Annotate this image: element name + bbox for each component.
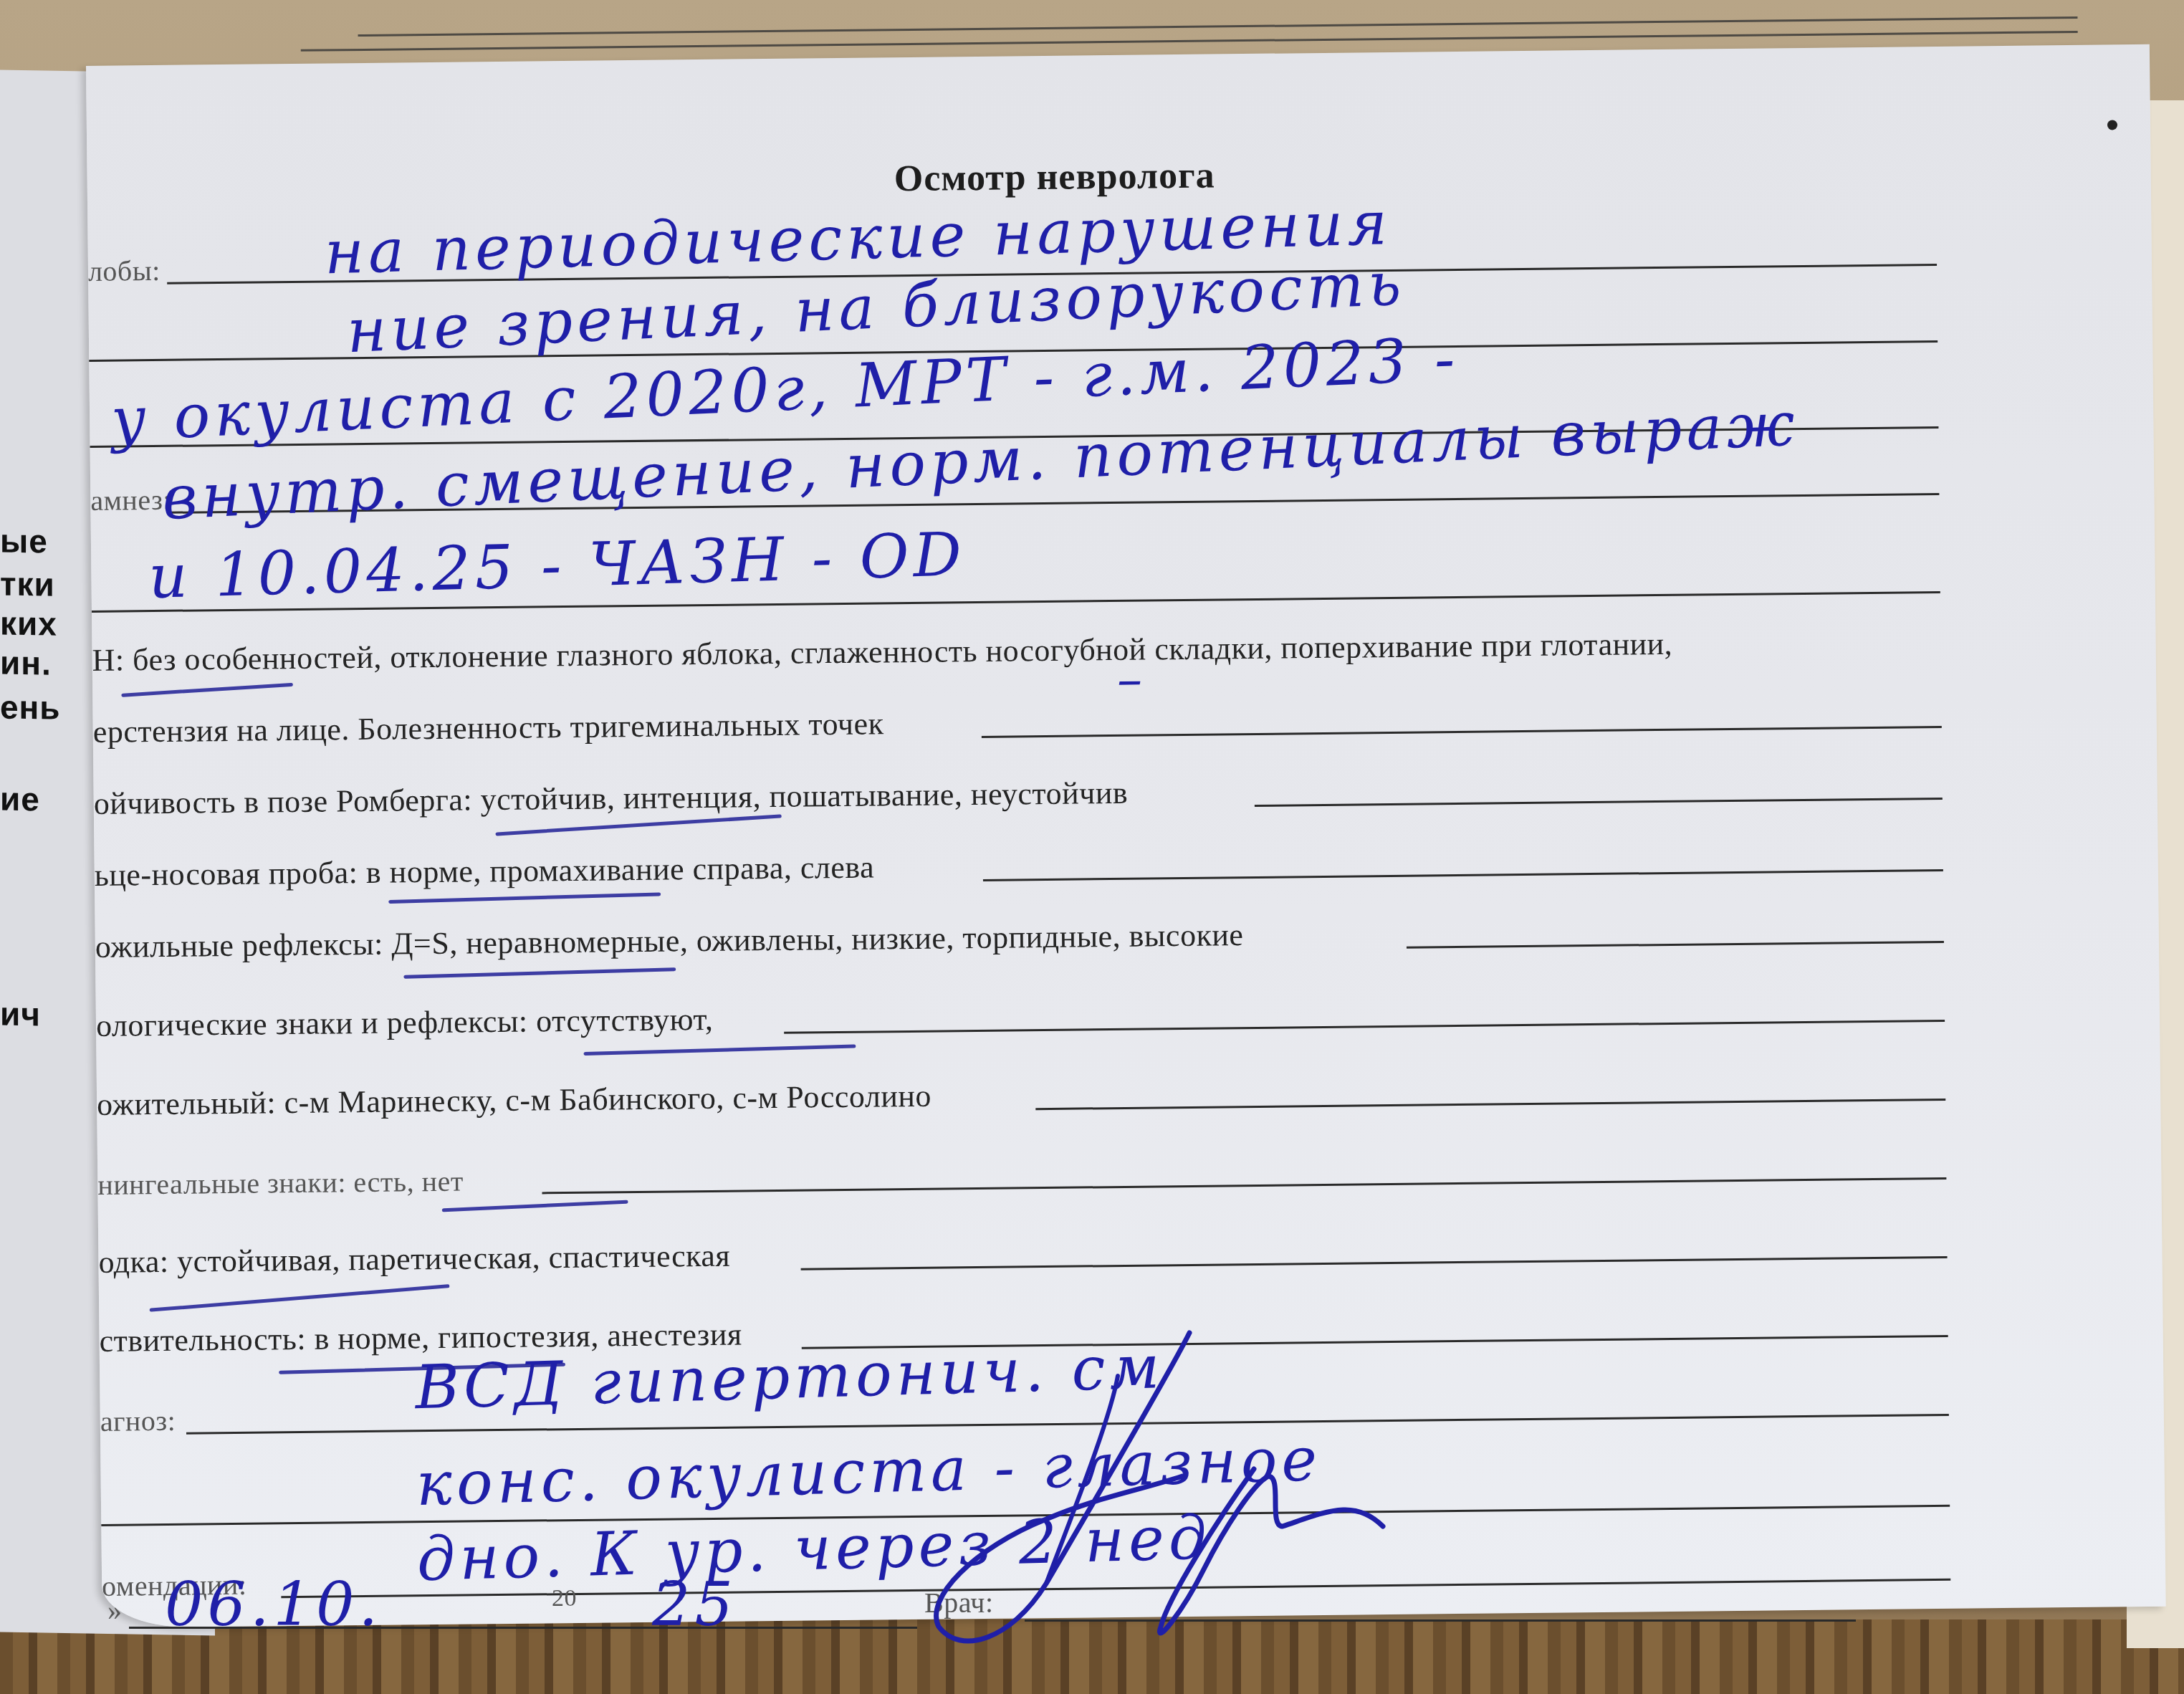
year-prefix: 20 [552, 1585, 577, 1612]
selection-underline [583, 1045, 856, 1056]
date-quote: » [107, 1593, 123, 1627]
doctor-signature [881, 1311, 1526, 1684]
meningeal-signs-fill-line [542, 1177, 1946, 1195]
trigeminal-handwriting: – [1117, 650, 1147, 709]
underlying-text-fragment: ич [0, 994, 41, 1033]
positive-signs-row: ожительный: с-м Маринеску, с-м Бабинског… [97, 1051, 2161, 1130]
romberg-text: ойчивость в позе Ромберга: устойчив, инт… [94, 775, 1129, 822]
gait-row: одка: устойчивая, паретическая, спастиче… [98, 1209, 2163, 1288]
finger-nose-text: ьце-носовая проба: в норме, промахивание… [95, 849, 875, 894]
underlying-text-fragment: ин. [0, 643, 52, 682]
anamnesis-handwriting-line3: и 10.04.25 - ЧАЗН - OD [148, 519, 967, 612]
diagnosis-label: агноз: [100, 1404, 176, 1438]
tendon-reflexes-fill-line [1407, 941, 1944, 949]
tendon-reflexes-row: ожильные рефлексы: Д=S, неравномерные, о… [95, 894, 2159, 972]
underlying-text-fragment: тки [0, 564, 55, 603]
trigeminal-text: ерстензия на лице. Болезненность тригеми… [92, 705, 883, 750]
meningeal-signs-row: нингеальные знаки: есть, нет [97, 1130, 2162, 1209]
positive-signs-fill-line [1035, 1099, 1945, 1110]
underlying-text-fragment: ые [0, 521, 48, 560]
cranial-nerves-text: Н: без особенностей, отклонение глазного… [92, 626, 1672, 679]
pathological-signs-row: ологические знаки и рефлексы: отсутствую… [96, 972, 2160, 1051]
tendon-reflexes-text: ожильные рефлексы: Д=S, неравномерные, о… [95, 917, 1244, 965]
positive-signs-text: ожительный: с-м Маринеску, с-м Бабинског… [97, 1078, 931, 1123]
gait-fill-line [801, 1256, 1948, 1270]
underlying-text-fragment: ень [0, 687, 61, 727]
pathological-signs-text: ологические знаки и рефлексы: отсутствую… [96, 1001, 714, 1044]
anamnesis-label: амнез: [90, 483, 171, 517]
finger-nose-fill-line [983, 869, 1943, 881]
date-handwriting: 06.10. [165, 1569, 382, 1640]
underlying-text-fragment: ие [0, 779, 40, 818]
ink-dot [2107, 120, 2117, 130]
selection-underline [403, 967, 676, 979]
romberg-fill-line [1255, 798, 1943, 807]
romberg-row: ойчивость в позе Ромберга: устойчив, инт… [93, 750, 2157, 829]
pathological-signs-fill-line [784, 1020, 1945, 1034]
finger-nose-row: ьце-носовая проба: в норме, промахивание… [94, 822, 2158, 901]
underlying-text-fragment: ких [0, 603, 57, 643]
meningeal-signs-text: нингеальные знаки: есть, нет [97, 1164, 464, 1202]
trigeminal-fill-line [982, 726, 1942, 738]
gait-text: одка: устойчивая, паретическая, спастиче… [98, 1238, 730, 1281]
year-handwriting: 25 [652, 1569, 737, 1640]
complaints-label: лобы: [88, 254, 161, 288]
